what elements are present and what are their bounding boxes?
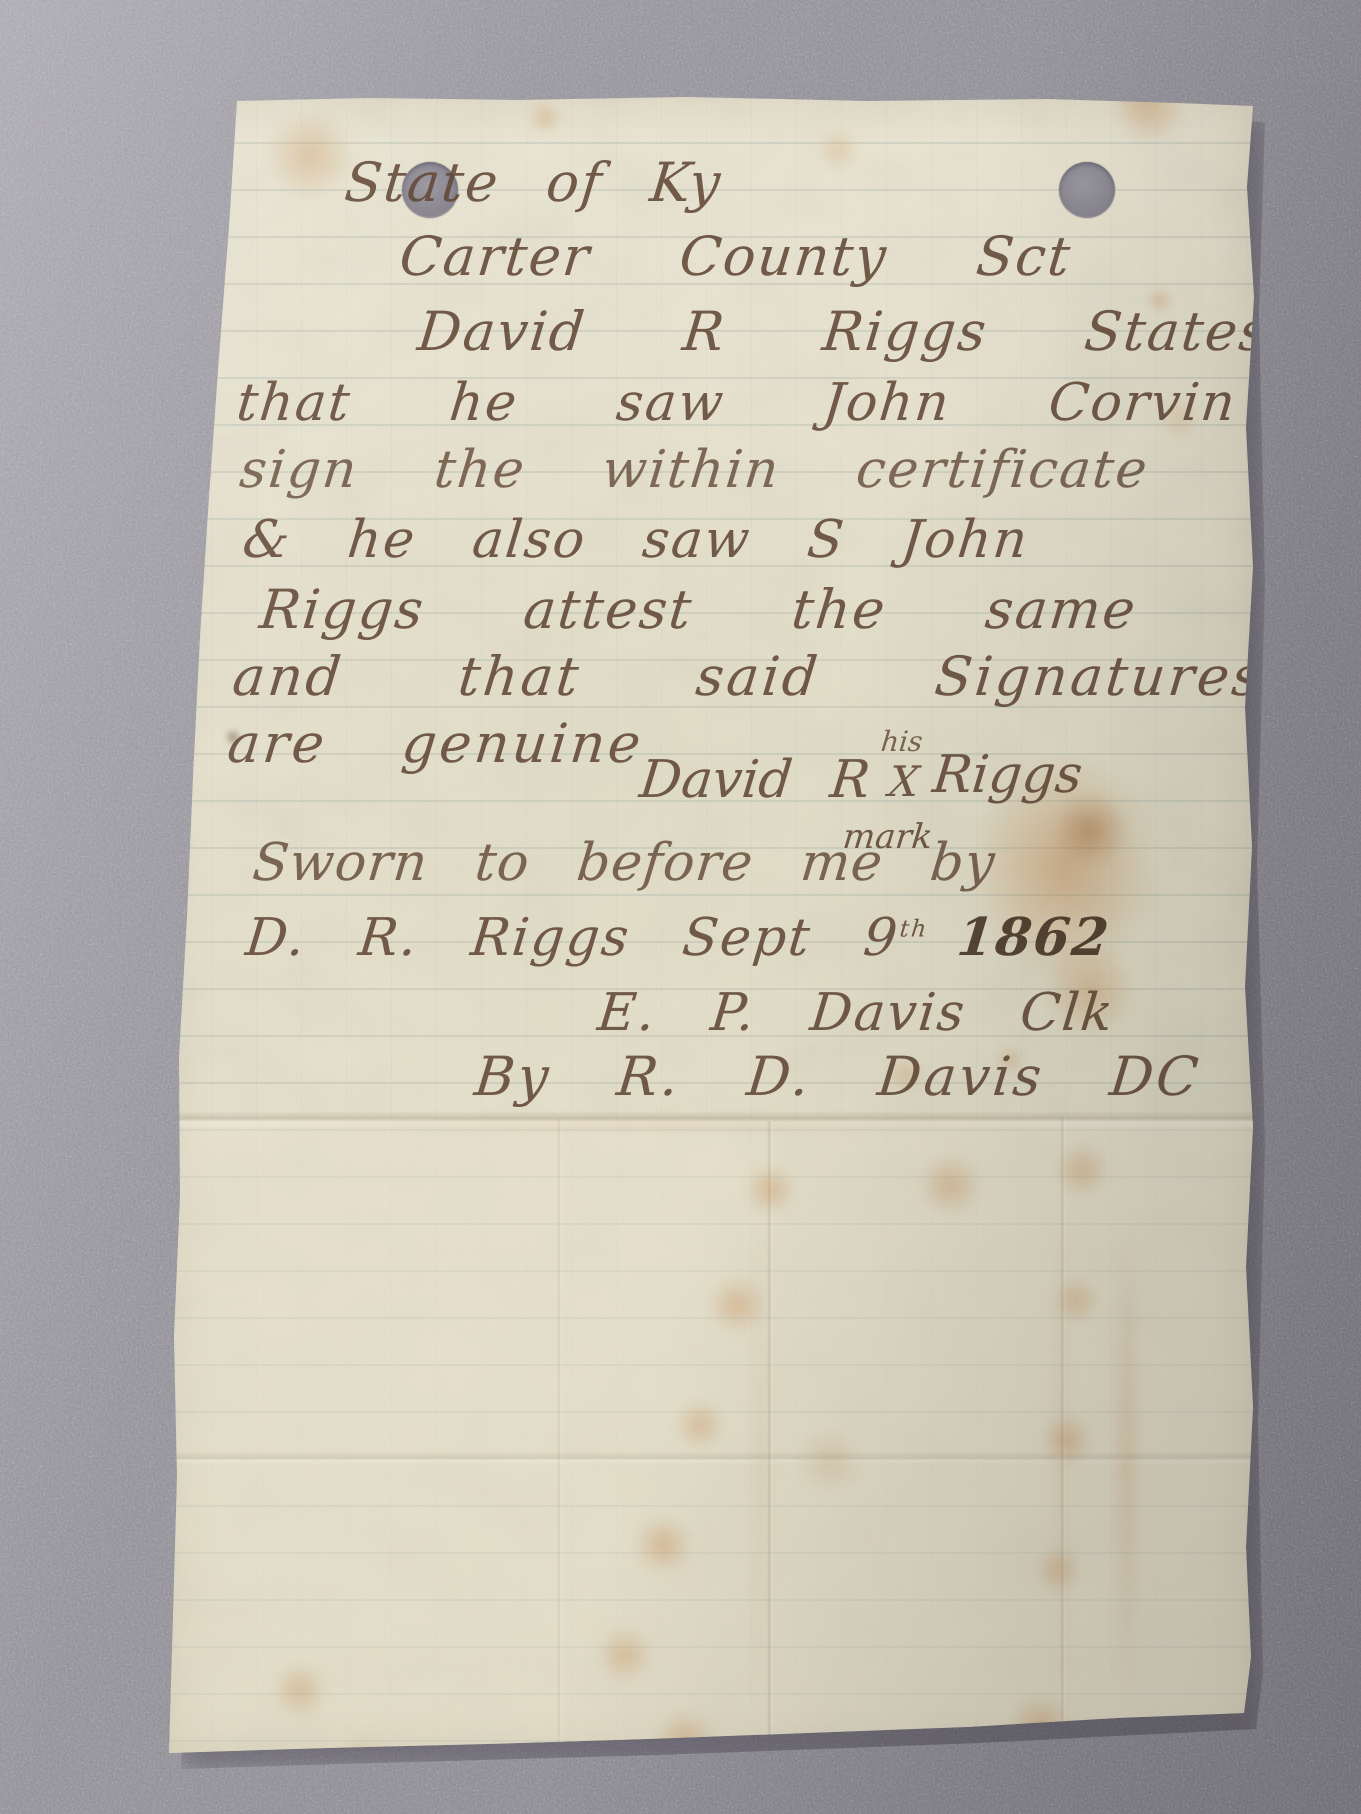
signature-x-mark: X xyxy=(887,759,922,805)
stain-streak xyxy=(227,1117,1102,1129)
stain xyxy=(1110,67,1186,143)
stain xyxy=(597,1627,653,1683)
stain xyxy=(1042,1414,1094,1466)
stain xyxy=(796,1426,864,1494)
stain-streak xyxy=(1115,1197,1139,1717)
stain-streak xyxy=(1052,1177,1068,1737)
stain xyxy=(529,102,561,134)
line-sworn-before-me: Sworn to before me by xyxy=(250,835,998,892)
signature-his-label: his xyxy=(879,727,924,758)
line-sign-certificate: sign the within certificate xyxy=(237,442,1151,499)
line-state-of-ky: State of Ky xyxy=(342,153,725,212)
photo-of-document: State of Ky Carter County Sct David R Ri… xyxy=(0,0,1361,1814)
date-prefix: D. R. Riggs Sept 9 xyxy=(243,908,902,968)
line-date: D. R. Riggs Sept 9th1862 xyxy=(243,909,1113,967)
stain xyxy=(633,1515,693,1575)
date-year: 1862 xyxy=(954,907,1113,968)
signature-surname: Riggs xyxy=(930,747,1085,804)
signature-given-name: David R xyxy=(637,752,873,809)
stain xyxy=(674,1399,726,1451)
stain xyxy=(265,110,355,200)
punch-hole-right xyxy=(1059,162,1115,218)
line-affiant: David R Riggs States xyxy=(415,302,1272,361)
date-ordinal: th xyxy=(898,915,929,943)
line-are-genuine: are genuine xyxy=(225,714,646,773)
line-also-saw: & he also saw S John xyxy=(240,512,1032,569)
line-county: Carter County Sct xyxy=(397,227,1075,286)
paper-sheet: State of Ky Carter County Sct David R Ri… xyxy=(167,97,1255,1753)
stain xyxy=(272,1662,328,1718)
line-saw-corvin: that he saw John Corvin xyxy=(234,375,1239,432)
line-clerk: E. P. Davis Clk xyxy=(595,985,1117,1042)
fold-crease-horizontal xyxy=(167,1451,1255,1465)
stain-streak xyxy=(752,1197,770,1737)
stain xyxy=(816,128,860,172)
fold-crease-vertical xyxy=(557,1119,563,1753)
stain xyxy=(918,1153,982,1217)
line-said-signatures: and that said Signatures xyxy=(230,647,1266,706)
line-riggs-attest: Riggs attest the same xyxy=(257,580,1140,639)
line-deputy-clerk: By R. D. Davis DC xyxy=(472,1047,1204,1106)
